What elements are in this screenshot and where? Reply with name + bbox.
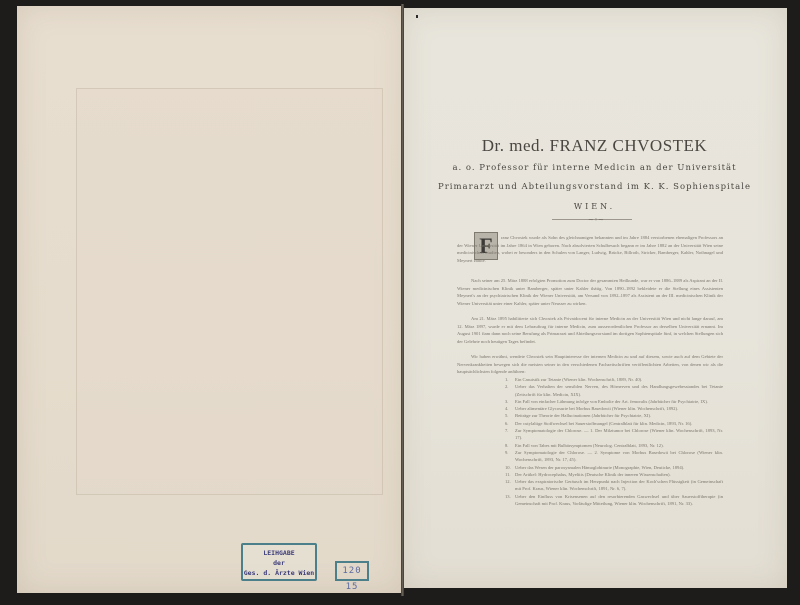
- paragraph-4: Wir haben erwähnt, wendete Chvostek sein…: [457, 353, 723, 376]
- list-item: 2.Ueber das Verhalten der sensiblen Nerv…: [505, 383, 723, 398]
- inventory-number-stamp: 120 15: [335, 561, 369, 581]
- author-title-line-2: Primararzt und Abteilungsvorstand im K. …: [402, 182, 787, 192]
- paragraph-3: Am 21. März 1895 habilitierte sich Chvos…: [457, 315, 723, 345]
- list-item: 9.Zur Symptomatologie der Chlorose. — 2.…: [505, 449, 723, 464]
- paragraph-1: ranz Chvostek wurde als Sohn des gleichn…: [457, 234, 723, 264]
- list-item: 4.Ueber alimentäre Glycosurie bei Morbus…: [505, 405, 723, 412]
- stamp-line-3: Ges. d. Ärzte Wien: [243, 568, 315, 578]
- list-item: 12.Ueber das exspiratorische Geräusch im…: [505, 478, 723, 493]
- left-page: [17, 6, 403, 593]
- right-page: Dr. med. FRANZ CHVOSTEK a. o. Professor …: [402, 8, 787, 588]
- paper-speck: [416, 15, 418, 18]
- list-item: 1.Ein Casuistik zur Tetanie (Wiener klin…: [505, 376, 723, 383]
- plate-mark: [76, 88, 383, 495]
- city-line: WIEN.: [402, 202, 787, 211]
- list-item: 10.Ueber das Wesen der paroxysmalen Hämo…: [505, 464, 723, 471]
- list-item: 11.Der Artikel: Hydrocephalus, Myelitis …: [505, 471, 723, 478]
- book-spine: [401, 4, 404, 596]
- author-title-line-1: a. o. Professor für interne Medicin an d…: [402, 163, 787, 173]
- paragraph-2: Nach seiner am 25. März 1888 erfolgten P…: [457, 277, 723, 307]
- list-item: 5.Beiträge zur Theorie der Hallucination…: [505, 412, 723, 419]
- stamp-line-1: LEIHGABE: [243, 548, 315, 558]
- author-heading: Dr. med. FRANZ CHVOSTEK: [402, 136, 787, 156]
- publication-list: 1.Ein Casuistik zur Tetanie (Wiener klin…: [505, 376, 723, 507]
- stamp-line-2: der: [243, 558, 315, 568]
- list-item: 6.Der cutylaltige Stoffwechsel bei Sauer…: [505, 420, 723, 427]
- list-item: 7.Zur Symptomatologie der Chlorose. — 1.…: [505, 427, 723, 442]
- ornament-glyph: ~◦~: [588, 216, 604, 224]
- list-item: 8.Ein Fall von Tabes mit Bulbärsymptomen…: [505, 442, 723, 449]
- library-loan-stamp: LEIHGABE der Ges. d. Ärzte Wien: [241, 543, 317, 581]
- list-item: 13.Ueber den Einfluss von Krisensenen au…: [505, 493, 723, 508]
- list-item: 3.Ein Fall von einfacher Lähmung infolge…: [505, 398, 723, 405]
